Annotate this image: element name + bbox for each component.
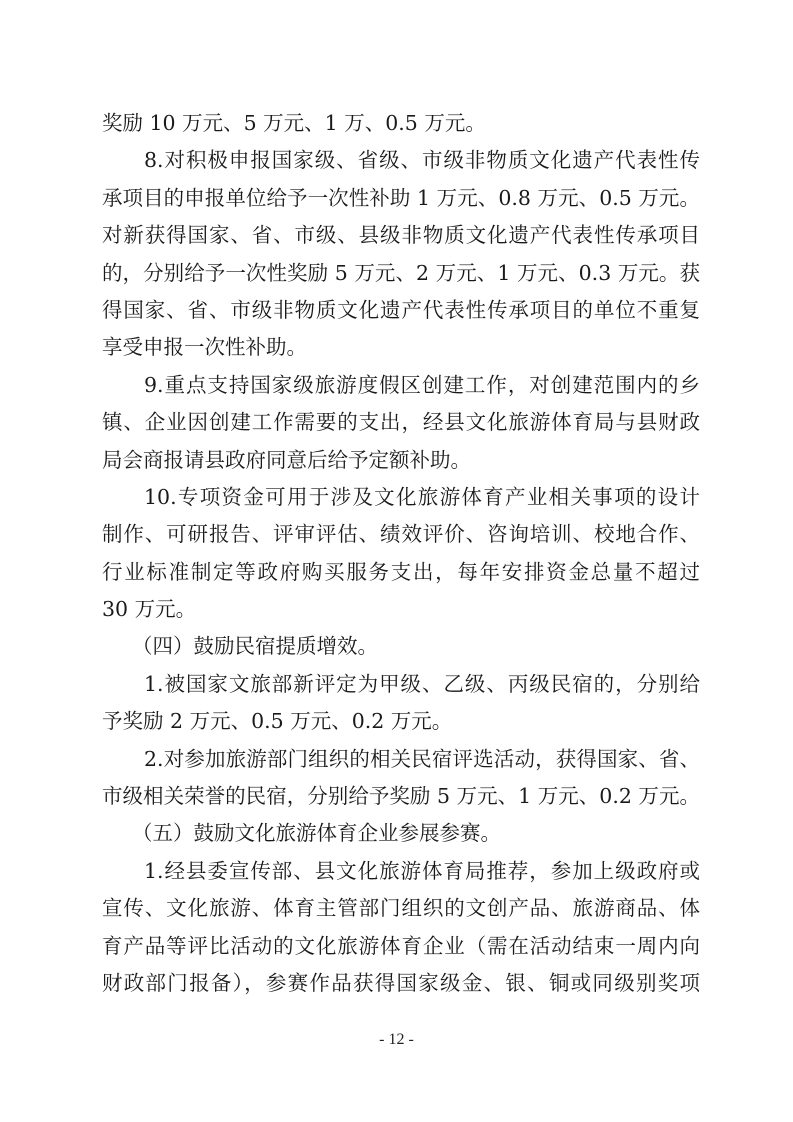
paragraph-item-1-start: 1.经县委宣传部、县文化旅游体育局推荐，参加上级政府或 — [102, 853, 700, 890]
paragraph-item-1-start: 1.被国家文旅部新评定为甲级、乙级、丙级民宿的，分别给 — [102, 666, 700, 703]
section-heading-4: （四）鼓励民宿提质增效。 — [102, 628, 700, 665]
page-number: - 12 - — [0, 1031, 793, 1049]
text-line: 奖励 10 万元、5 万元、1 万、0.5 万元。 — [102, 105, 700, 142]
text-line: 行业标准制定等政府购买服务支出，每年安排资金总量不超过 — [102, 554, 700, 591]
section-heading-5: （五）鼓励文化旅游体育企业参展参赛。 — [102, 815, 700, 852]
text-line: 财政部门报备），参赛作品获得国家级金、银、铜或同级别奖项 — [102, 965, 700, 1002]
text-line: 的，分别给予一次性奖励 5 万元、2 万元、1 万元、0.3 万元。获 — [102, 255, 700, 292]
document-page: 奖励 10 万元、5 万元、1 万、0.5 万元。 8.对积极申报国家级、省级、… — [102, 105, 700, 1002]
text-line: 制作、可研报告、评审评估、绩效评价、咨询培训、校地合作、 — [102, 516, 700, 553]
text-line: 对新获得国家、省、市级、县级非物质文化遗产代表性传承项目 — [102, 217, 700, 254]
paragraph-item-9-start: 9.重点支持国家级旅游度假区创建工作，对创建范围内的乡 — [102, 367, 700, 404]
text-line: 30 万元。 — [102, 591, 700, 628]
text-line: 镇、企业因创建工作需要的支出，经县文化旅游体育局与县财政 — [102, 404, 700, 441]
text-line: 得国家、省、市级非物质文化遗产代表性传承项目的单位不重复 — [102, 292, 700, 329]
text-line: 承项目的申报单位给予一次性补助 1 万元、0.8 万元、0.5 万元。 — [102, 180, 700, 217]
text-line: 育产品等评比活动的文化旅游体育企业（需在活动结束一周内向 — [102, 928, 700, 965]
text-line: 予奖励 2 万元、0.5 万元、0.2 万元。 — [102, 703, 700, 740]
paragraph-item-8-start: 8.对积极申报国家级、省级、市级非物质文化遗产代表性传 — [102, 142, 700, 179]
text-line: 局会商报请县政府同意后给予定额补助。 — [102, 442, 700, 479]
text-line: 市级相关荣誉的民宿，分别给予奖励 5 万元、1 万元、0.2 万元。 — [102, 778, 700, 815]
paragraph-item-2-start: 2.对参加旅游部门组织的相关民宿评选活动，获得国家、省、 — [102, 741, 700, 778]
text-line: 享受申报一次性补助。 — [102, 329, 700, 366]
text-line: 宣传、文化旅游、体育主管部门组织的文创产品、旅游商品、体 — [102, 890, 700, 927]
paragraph-item-10-start: 10.专项资金可用于涉及文化旅游体育产业相关事项的设计 — [102, 479, 700, 516]
